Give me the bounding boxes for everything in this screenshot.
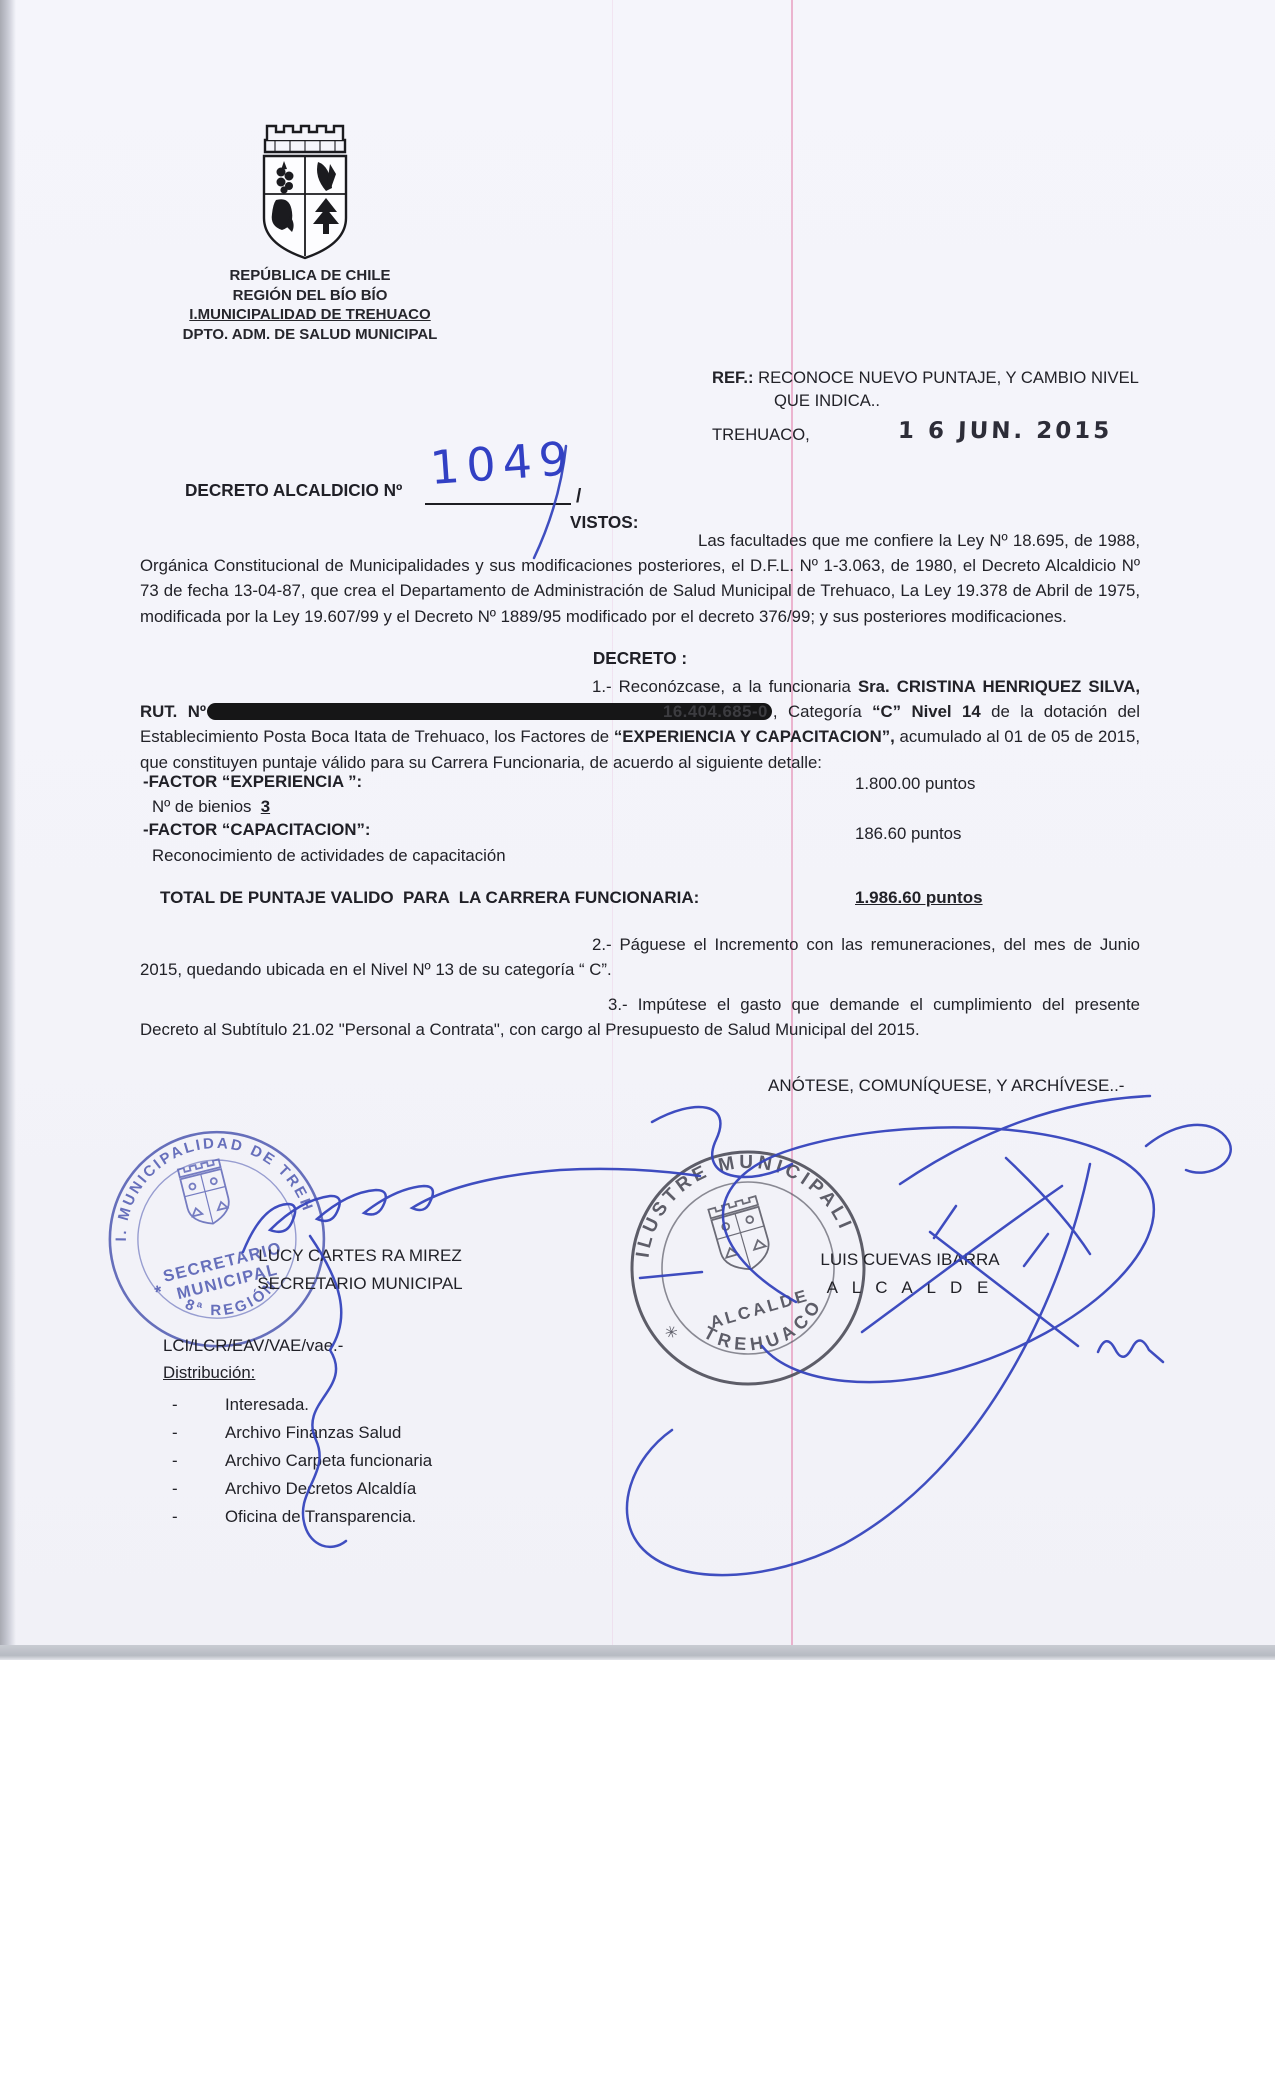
article1-factors: “EXPERIENCIA Y CAPACITACION”,	[614, 727, 895, 746]
factor-capacitacion-label: -FACTOR “CAPACITACION”:	[143, 820, 370, 840]
reference-block: REF.: RECONOCE NUEVO PUNTAJE, Y CAMBIO N…	[712, 366, 1182, 412]
municipal-coat-of-arms-icon	[240, 98, 370, 268]
scan-artifact-line	[791, 0, 793, 1660]
stamp-star-left: *	[153, 1281, 165, 1302]
bienios-count: 3	[261, 797, 270, 816]
mayor-name: LUIS CUEVAS IBARRA	[760, 1246, 1060, 1274]
article1-rut-label: RUT. Nº	[140, 702, 206, 721]
closing-formula: ANÓTESE, COMUNÍQUESE, Y ARCHÍVESE..-	[768, 1076, 1124, 1096]
list-item-label: Archivo Carpeta funcionaria	[225, 1451, 432, 1470]
distribution-list: -Interesada. -Archivo Finanzas Salud -Ar…	[172, 1391, 432, 1531]
bienios-label: Nº de bienios	[152, 797, 261, 816]
secretary-signature-block: LUCY CARTES RA MIREZ SECRETARIO MUNICIPA…	[180, 1242, 540, 1298]
letterhead-department: DPTO. ADM. DE SALUD MUNICIPAL	[130, 325, 490, 345]
distribution-label: Distribución:	[163, 1363, 255, 1383]
factor-experiencia-value: 1.800.00 puntos	[855, 774, 975, 794]
secretary-name: LUCY CARTES RA MIREZ	[180, 1242, 540, 1270]
list-item-label: Oficina de Transparencia.	[225, 1507, 416, 1526]
mayor-signature-block: LUIS CUEVAS IBARRA A L C A L D E	[760, 1246, 1060, 1302]
letterhead-region: REGIÓN DEL BÍO BÍO	[130, 286, 490, 306]
page-bottom-edge	[0, 1645, 1275, 1660]
scanned-decree-page: REPÚBLICA DE CHILE REGIÓN DEL BÍO BÍO I.…	[0, 0, 1275, 2100]
factor-experiencia-detail: Nº de bienios 3	[152, 797, 270, 817]
bullet-dash: -	[172, 1447, 225, 1475]
article1-cat-label: , Categoría	[773, 702, 872, 721]
scanner-edge-shadow	[0, 0, 16, 1660]
bullet-dash: -	[172, 1419, 225, 1447]
bullet-dash: -	[172, 1391, 225, 1419]
factor-experiencia-label: -FACTOR “EXPERIENCIA ”:	[143, 772, 362, 792]
letterhead-municipality: I.MUNICIPALIDAD DE TREHUACO	[130, 305, 490, 325]
decree-number-underline	[425, 503, 571, 505]
bullet-dash: -	[172, 1503, 225, 1531]
decree-number-slash: /	[576, 486, 581, 508]
ref-line2: QUE INDICA..	[774, 389, 1182, 412]
city-label: TREHUACO,	[712, 425, 810, 445]
list-item: -Archivo Finanzas Salud	[172, 1419, 432, 1447]
secretary-title: SECRETARIO MUNICIPAL	[180, 1270, 540, 1298]
decree-number-label: DECRETO ALCALDICIO Nº	[185, 480, 402, 501]
factor-capacitacion-detail: Reconocimiento de actividades de capacit…	[152, 846, 506, 866]
total-label: TOTAL DE PUNTAJE VALIDO PARA LA CARRERA …	[160, 888, 699, 908]
letterhead-country: REPÚBLICA DE CHILE	[130, 266, 490, 286]
vistos-paragraph: Las facultades que me confiere la Ley Nº…	[140, 528, 1140, 629]
redacted-rut: 16.404.685-0	[207, 703, 772, 720]
date-stamp: 1 6 JUN. 2015	[898, 418, 1113, 444]
article1-name: Sra. CRISTINA HENRIQUEZ SILVA,	[858, 677, 1140, 696]
stamp-star-left: ✳	[663, 1323, 681, 1343]
article1-category: “C” Nivel 14	[872, 702, 981, 721]
ref-line1: RECONOCE NUEVO PUNTAJE, Y CAMBIO NIVEL	[753, 368, 1138, 387]
mayor-title: A L C A L D E	[760, 1274, 1060, 1302]
list-item-label: Archivo Finanzas Salud	[225, 1423, 401, 1442]
list-item-label: Archivo Decretos Alcaldía	[225, 1479, 416, 1498]
article-1: 1.- Reconózcase, a la funcionaria Sra. C…	[140, 674, 1140, 775]
list-item-label: Interesada.	[225, 1395, 309, 1414]
article-2: 2.- Páguese el Incremento con las remune…	[140, 932, 1140, 982]
factor-capacitacion-value: 186.60 puntos	[855, 824, 961, 844]
total-value: 1.986.60 puntos	[855, 888, 983, 908]
stamp-ring-text: I. MUNICIPALIDAD DE TREHUACO	[75, 1097, 317, 1266]
ref-label: REF.:	[712, 368, 753, 387]
letterhead: REPÚBLICA DE CHILE REGIÓN DEL BÍO BÍO I.…	[130, 266, 490, 344]
list-item: -Interesada.	[172, 1391, 432, 1419]
bullet-dash: -	[172, 1475, 225, 1503]
list-item: -Archivo Carpeta funcionaria	[172, 1447, 432, 1475]
list-item: -Oficina de Transparencia.	[172, 1503, 432, 1531]
scan-artifact-line-faint	[612, 0, 613, 1660]
decreto-heading: DECRETO :	[140, 648, 1140, 669]
responsibility-initials: LCI/LCR/EAV/VAE/vae.-	[163, 1336, 343, 1356]
list-item: -Archivo Decretos Alcaldía	[172, 1475, 432, 1503]
decree-number-handwritten: 1049	[428, 431, 576, 495]
article1-intro: 1.- Reconózcase, a la funcionaria	[592, 677, 858, 696]
article-3: 3.- Impútese el gasto que demande el cum…	[140, 992, 1140, 1042]
paper-sheet: REPÚBLICA DE CHILE REGIÓN DEL BÍO BÍO I.…	[0, 0, 1275, 1660]
